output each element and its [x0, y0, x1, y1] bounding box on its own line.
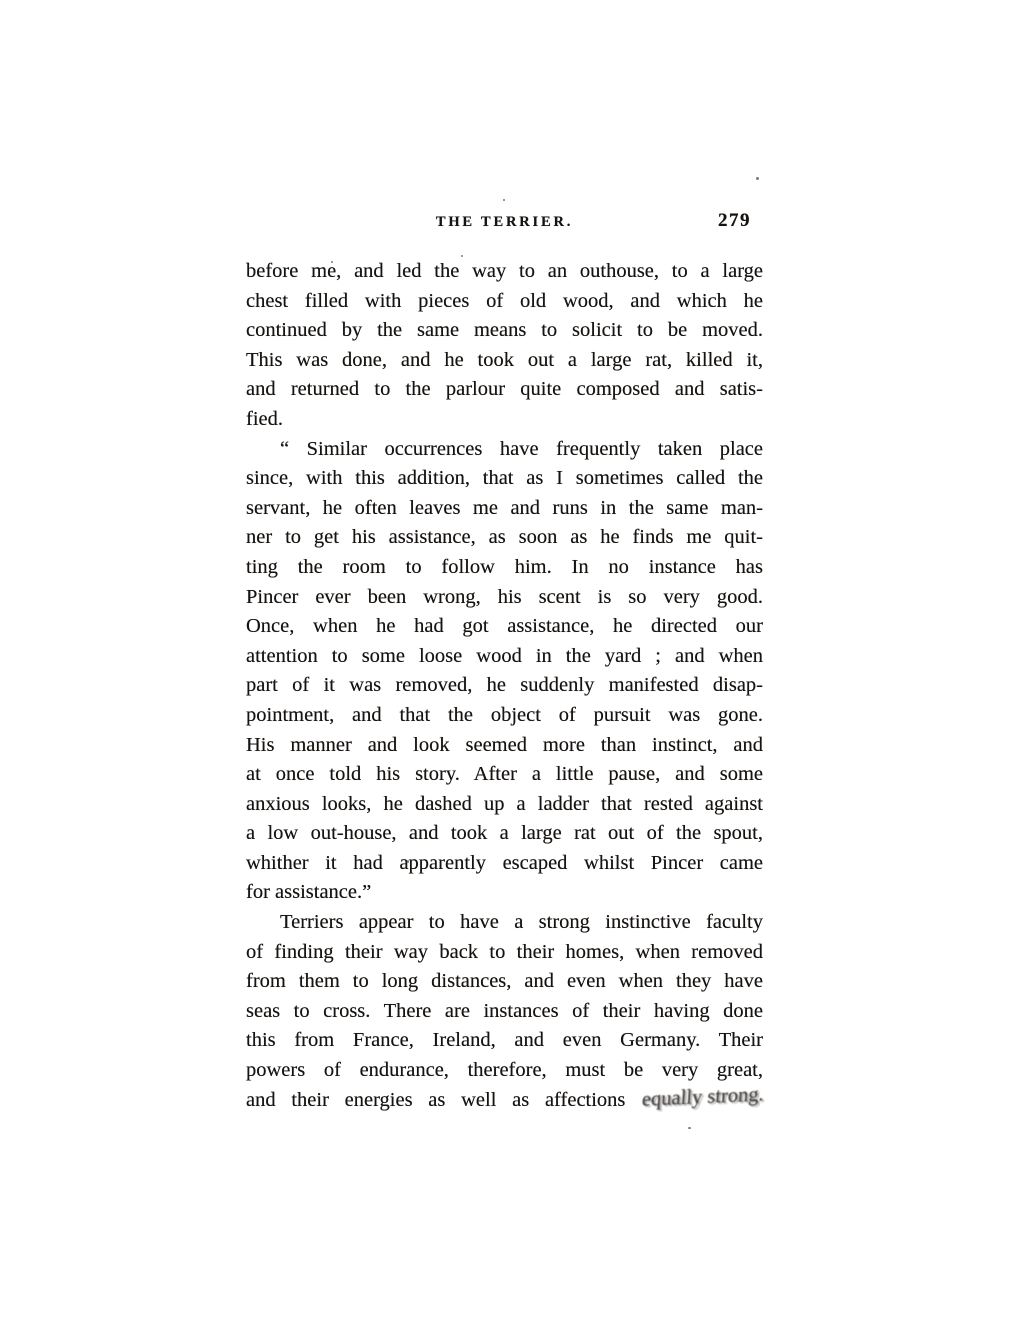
text-line: from them to long distances, and even wh… — [246, 967, 763, 997]
text-line: anxious looks, he dashed up a ladder tha… — [246, 790, 763, 820]
scan-speck — [461, 255, 463, 257]
text-line: ting the room to follow him. In no insta… — [246, 553, 763, 583]
smudged-text: equally strong. — [641, 1080, 765, 1115]
page-number: 279 — [718, 210, 751, 232]
scan-speck — [331, 261, 333, 263]
book-page-scan: THE TERRIER. 279 before me, and led the … — [0, 0, 1033, 1339]
text-line: a low out-house, and took a large rat ou… — [246, 819, 763, 849]
text-line: and returned to the parlour quite compos… — [246, 375, 763, 405]
scan-speck — [503, 199, 505, 201]
page-body: before me, and led the way to an outhous… — [246, 257, 763, 1115]
text-line: servant, he often leaves me and runs in … — [246, 494, 763, 524]
text-line: whither it had apparently escaped whilst… — [246, 849, 763, 879]
page-header: THE TERRIER. 279 — [246, 210, 763, 236]
text-line: and their energies as well as affections… — [246, 1086, 763, 1116]
text-line: seas to cross. There are instances of th… — [246, 997, 763, 1027]
text-line: Pincer ever been wrong, his scent is so … — [246, 583, 763, 613]
text-line: attention to some loose wood in the yard… — [246, 642, 763, 672]
text-line: before me, and led the way to an outhous… — [246, 257, 763, 287]
text-line: at once told his story. After a little p… — [246, 760, 763, 790]
text-line: “ Similar occurrences have frequently ta… — [246, 435, 763, 465]
paragraph: Terriers appear to have a strong instinc… — [246, 908, 763, 1115]
scan-speck — [688, 1127, 691, 1129]
text-line: ner to get his assistance, as soon as he… — [246, 523, 763, 553]
scan-speck — [407, 860, 409, 863]
paragraph: before me, and led the way to an outhous… — [246, 257, 763, 435]
text-line: powers of endurance, therefore, must be … — [246, 1056, 763, 1086]
text-line: Once, when he had got assistance, he dir… — [246, 612, 763, 642]
text-line: continued by the same means to solicit t… — [246, 316, 763, 346]
text-line: Terriers appear to have a strong instinc… — [246, 908, 763, 938]
text-line: this from France, Ireland, and even Germ… — [246, 1026, 763, 1056]
text-line: of finding their way back to their homes… — [246, 938, 763, 968]
text-line: chest filled with pieces of old wood, an… — [246, 287, 763, 317]
text-line: His manner and look seemed more than ins… — [246, 731, 763, 761]
scan-speck — [756, 177, 759, 180]
text-line: for assistance.” — [246, 878, 763, 908]
paragraph: “ Similar occurrences have frequently ta… — [246, 435, 763, 909]
text-line: pointment, and that the object of pursui… — [246, 701, 763, 731]
text-line: since, with this addition, that as I som… — [246, 464, 763, 494]
text-line-main: and their energies as well as affections — [246, 1089, 625, 1111]
running-title: THE TERRIER. — [246, 214, 763, 231]
text-line: fied. — [246, 405, 763, 435]
text-line: This was done, and he took out a large r… — [246, 346, 763, 376]
text-line: part of it was removed, he suddenly mani… — [246, 671, 763, 701]
